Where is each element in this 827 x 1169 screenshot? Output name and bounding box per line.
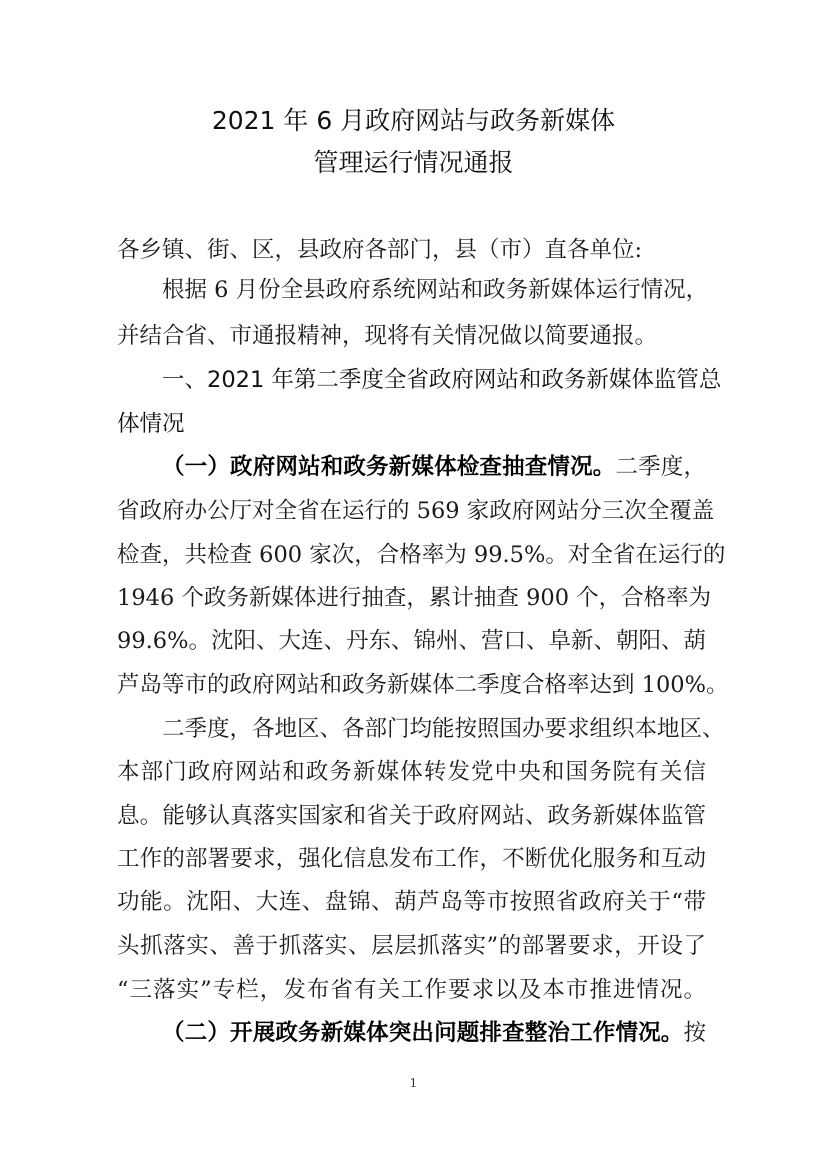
subsection1-line: 1946 个政务新媒体进行抽查，累计抽查 900 个，合格率为 [117,583,706,613]
document-title-line-2: 管理运行情况通报 [0,148,827,178]
document-title-line-1: 2021 年 6 月政府网站与政务新媒体 [0,106,827,136]
document-page: 2021 年 6 月政府网站与政务新媒体 管理运行情况通报 各乡镇、街、区，县政… [0,0,827,1169]
subsection2-first-line: （二）开展政务新媒体突出问题排查整治工作情况。按 [162,1018,706,1048]
paragraph2-line: 头抓落实、善于抓落实、层层抓落实”的部署要求，开设了 [117,931,706,961]
subsection1-line: 省政府办公厅对全省在运行的 569 家政府网站分三次全覆盖 [117,496,706,526]
subsection1-line: 芦岛等市的政府网站和政务新媒体二季度合格率达到 100%。 [117,670,706,700]
subsection1-first-line-tail: 二季度， [615,454,706,480]
subsection1-heading: （一）政府网站和政务新媒体检查抽查情况。 [162,454,615,480]
intro-line-2: 并结合省、市通报精神，现将有关情况做以简要通报。 [117,321,706,351]
section1-heading-line-2: 体情况 [117,409,706,439]
paragraph2-line: “三落实”专栏，发布省有关工作要求以及本市推进情况。 [117,975,706,1005]
paragraph2-line: 二季度，各地区、各部门均能按照国办要求组织本地区、 [162,714,706,744]
paragraph2-line: 工作的部署要求，强化信息发布工作，不断优化服务和互动 [117,844,706,874]
subsection1-line: 检查，共检查 600 家次，合格率为 99.5%。对全省在运行的 [117,540,706,570]
page-number: 1 [0,1076,827,1090]
subsection2-heading: （二）开展政务新媒体突出问题排查整治工作情况。 [162,1020,683,1046]
section1-heading-line-1: 一、2021 年第二季度全省政府网站和政务新媒体监管总 [162,365,706,395]
subsection2-first-line-tail: 按 [683,1020,706,1046]
intro-line-1: 根据 6 月份全县政府系统网站和政务新媒体运行情况， [162,275,706,305]
paragraph2-line: 息。能够认真落实国家和省关于政府网站、政务新媒体监管 [117,801,706,831]
subsection1-line: 99.6%。沈阳、大连、丹东、锦州、营口、阜新、朝阳、葫 [117,626,706,656]
paragraph2-line: 本部门政府网站和政务新媒体转发党中央和国务院有关信 [117,757,706,787]
subsection1-first-line: （一）政府网站和政务新媒体检查抽查情况。二季度， [162,452,706,482]
paragraph2-line: 功能。沈阳、大连、盘锦、葫芦岛等市按照省政府关于“带 [117,887,706,917]
salutation: 各乡镇、街、区，县政府各部门，县（市）直各单位: [117,235,706,265]
